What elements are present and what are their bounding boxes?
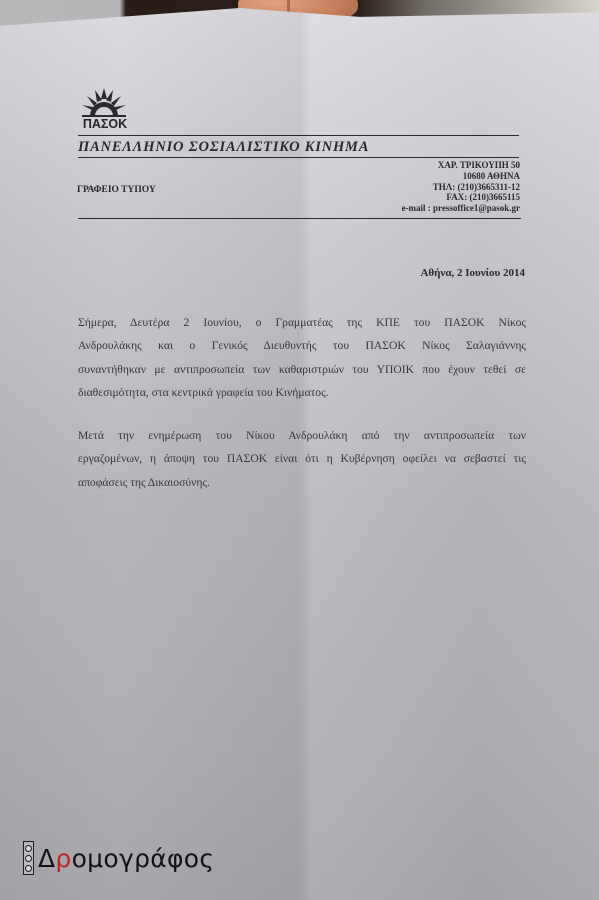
watermark-text: Δρομογράφος bbox=[38, 844, 214, 873]
text-line: εργαζομένων, η άποψη του ΠΑΣΟΚ είναι ότι… bbox=[78, 447, 526, 470]
organization-title: ΠΑΝΕΛΛΗΝΙΟ ΣΟΣΙΑΛΙΣΤΙΚΟ ΚΙΝΗΜΑ bbox=[78, 139, 369, 156]
address-line-2: 10680 ΑΘΗΝΑ bbox=[402, 171, 520, 182]
email: e-mail : pressoffice1@pasok.gr bbox=[402, 203, 520, 214]
watermark: Δρομογράφος bbox=[23, 840, 214, 876]
contact-block: ΧΑΡ. ΤΡΙΚΟΥΠΗ 50 10680 ΑΘΗΝΑ ΤΗΛ: (210)3… bbox=[402, 160, 520, 214]
text-line: Μετά την ενημέρωση του Νίκου Ανδρουλάκη … bbox=[78, 424, 526, 447]
creative-commons-icon bbox=[23, 841, 34, 875]
address-line-1: ΧΑΡ. ΤΡΙΚΟΥΠΗ 50 bbox=[402, 160, 520, 171]
text-line: Ανδρουλάκης και ο Γενικός Διευθυντής του… bbox=[78, 334, 526, 357]
party-logo: ΠΑΣΟΚ bbox=[80, 88, 130, 132]
header-rule-top bbox=[78, 135, 519, 136]
header-rule-bottom bbox=[78, 218, 521, 219]
fax: FAX: (210)3665115 bbox=[402, 192, 520, 203]
watermark-accent: ρ bbox=[55, 844, 71, 873]
cc-dot-icon bbox=[25, 845, 32, 852]
cc-dot-icon bbox=[25, 855, 32, 862]
text-line: διαθεσιμότητα, στα κεντρικά γραφεία του … bbox=[78, 381, 526, 404]
watermark-first: Δ bbox=[38, 844, 55, 873]
header-rule-middle bbox=[78, 157, 519, 158]
paragraph-1: Σήμερα, Δευτέρα 2 Ιουνίου, ο Γραμματέας … bbox=[78, 311, 526, 404]
phone: ΤΗΛ: (210)3665311-12 bbox=[402, 182, 520, 193]
logo-name: ΠΑΣΟΚ bbox=[80, 117, 130, 131]
text-line: συναντήθηκαν με αντιπροσωπεία των καθαρι… bbox=[78, 358, 526, 381]
watermark-rest: ομογράφος bbox=[72, 844, 215, 873]
office-label: ΓΡΑΦΕΙΟ ΤΥΠΟΥ bbox=[77, 185, 156, 195]
document-date: Αθήνα, 2 Ιουνίου 2014 bbox=[420, 267, 525, 279]
cc-dot-icon bbox=[25, 865, 32, 872]
sun-logo-icon bbox=[82, 88, 126, 118]
text-line: αποφάσεις της Δικαιοσύνης. bbox=[78, 471, 526, 494]
text-line: Σήμερα, Δευτέρα 2 Ιουνίου, ο Γραμματέας … bbox=[78, 311, 526, 334]
paragraph-2: Μετά την ενημέρωση του Νίκου Ανδρουλάκη … bbox=[78, 424, 526, 494]
